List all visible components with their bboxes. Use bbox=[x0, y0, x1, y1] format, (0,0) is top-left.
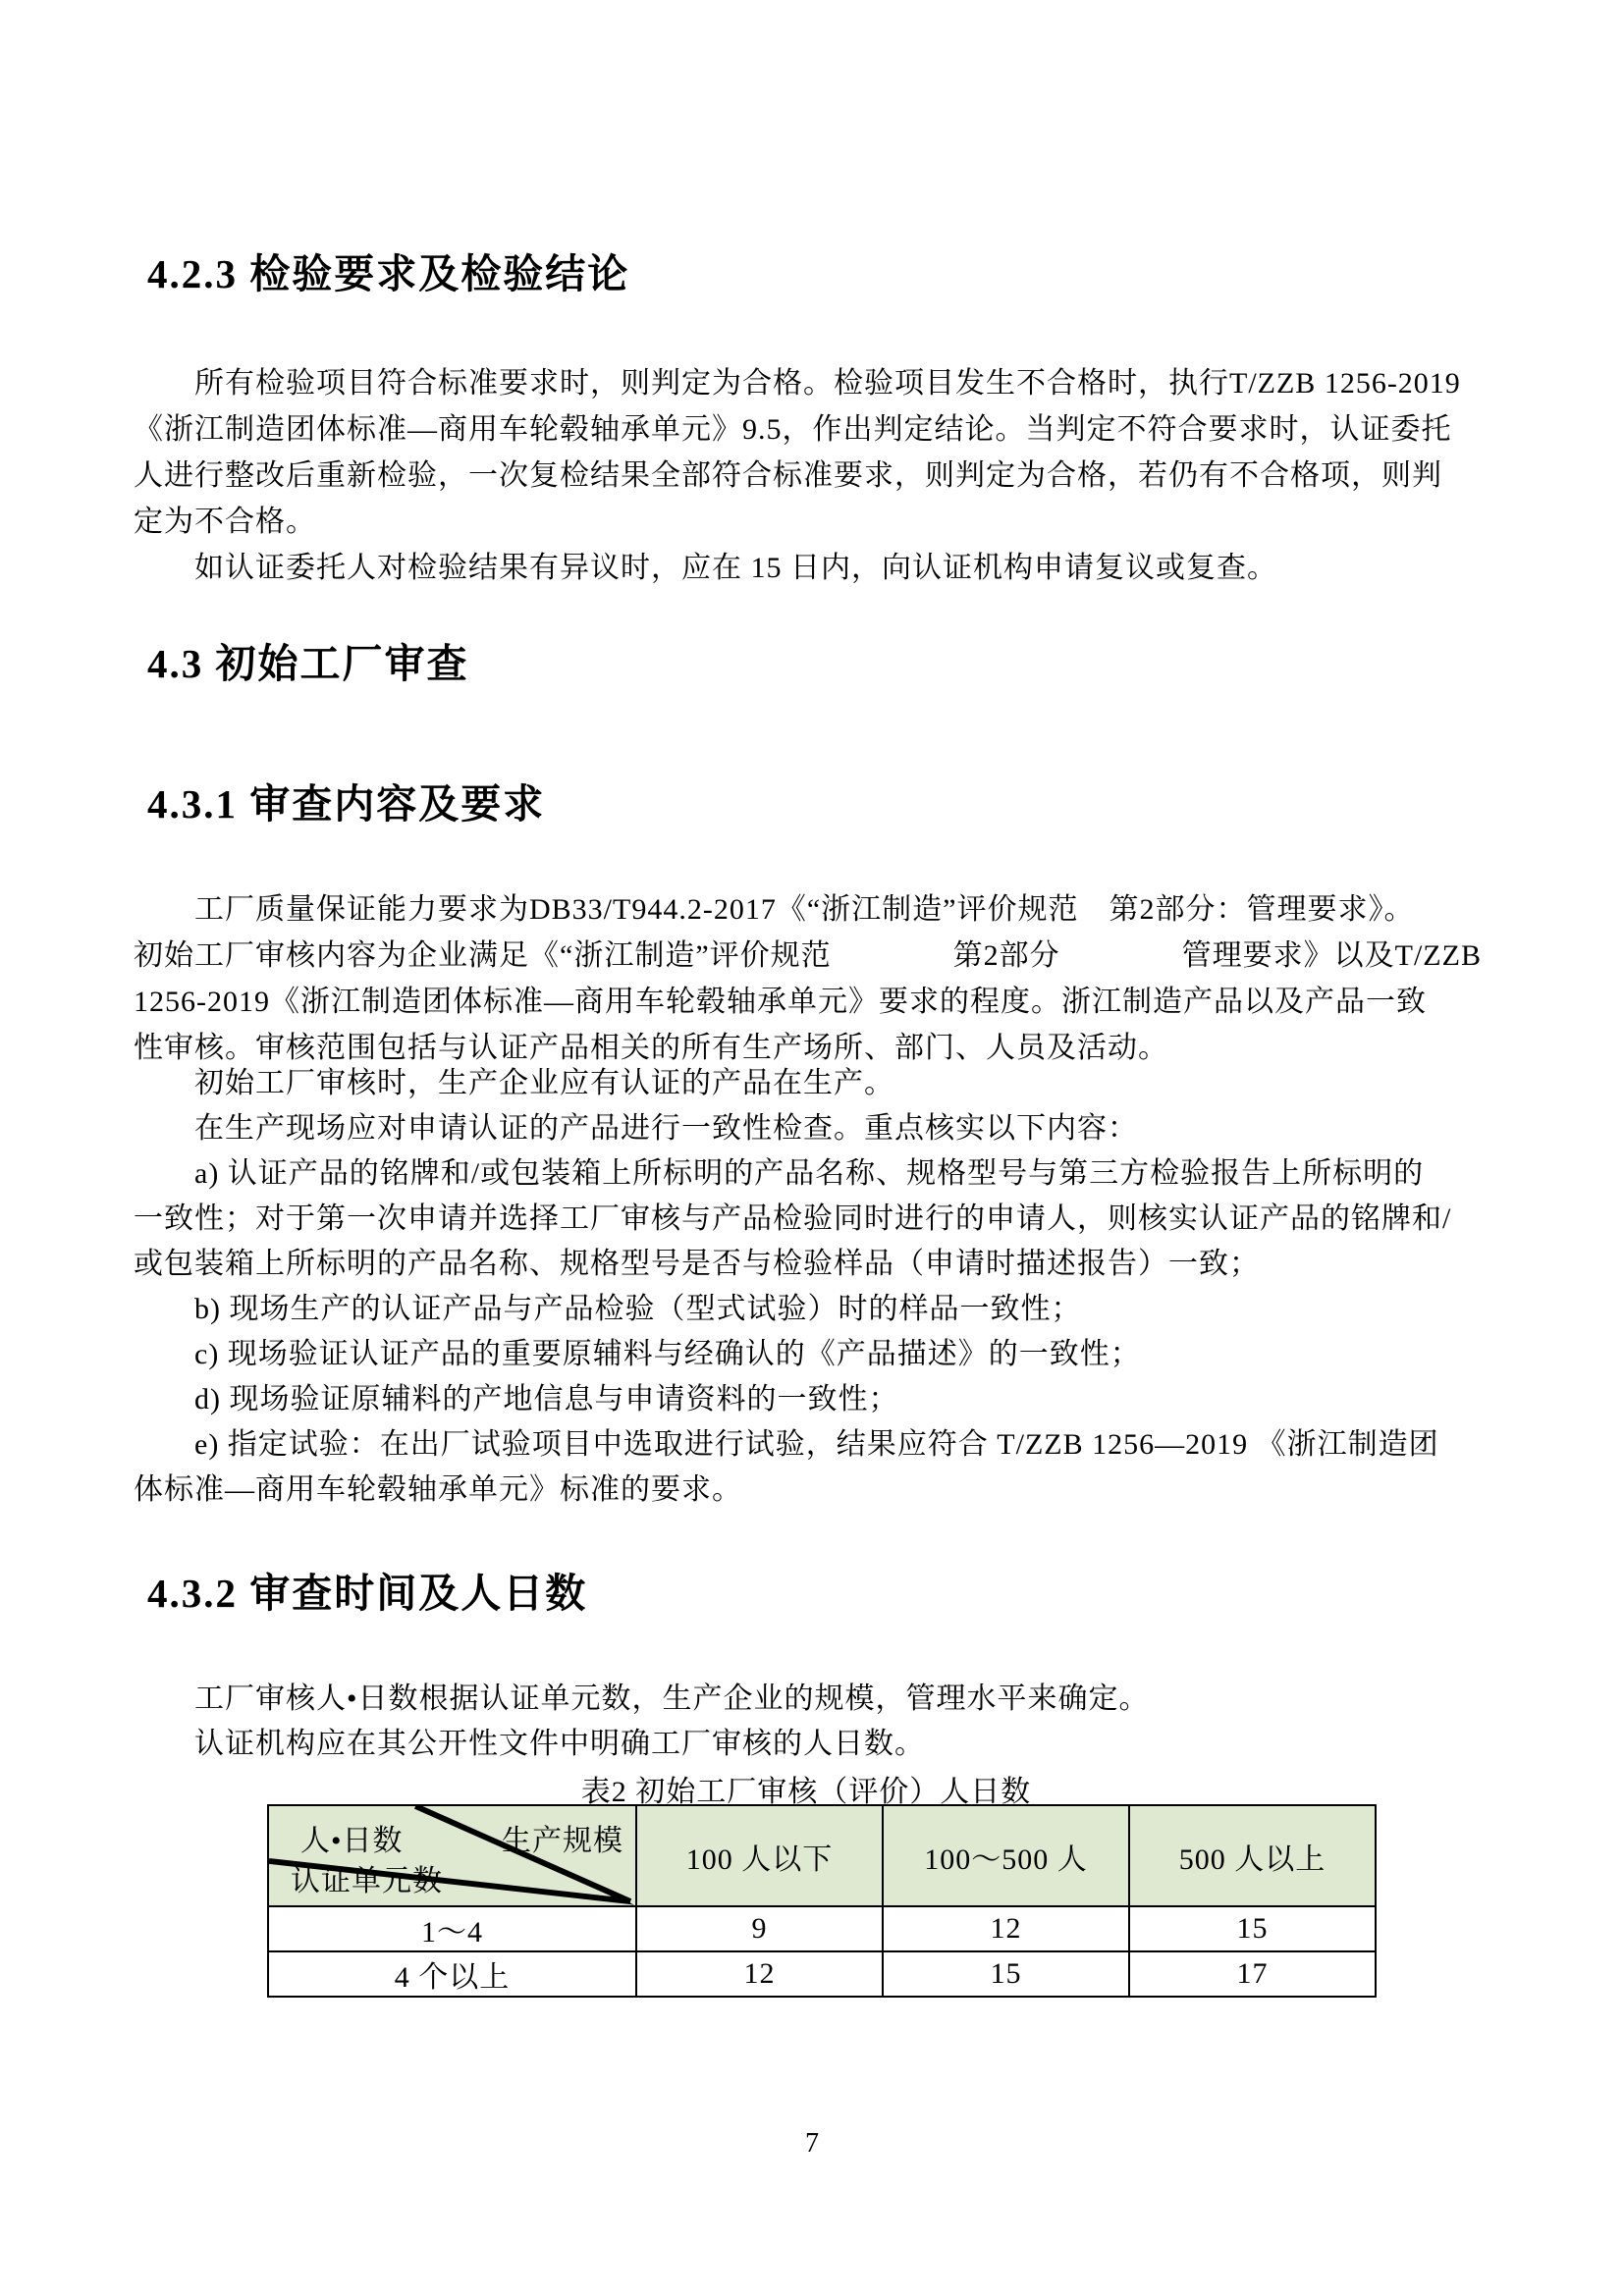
table-cell: 12 bbox=[883, 1906, 1129, 1951]
corner-label-production-scale: 生产规模 bbox=[502, 1816, 623, 1859]
table-cell: 12 bbox=[636, 1951, 883, 1997]
section-heading-4-3-2: 4.3.2 审查时间及人日数 bbox=[147, 1561, 587, 1619]
list-item-e-line: 体标准—商用车轮毂轴承单元》标准的要求。 bbox=[134, 1471, 1479, 1509]
paragraph-line: 1256-2019《浙江制造团体标准—商用车轮毂轴承单元》要求的程度。浙江制造产… bbox=[134, 984, 1479, 1021]
table-cell: 15 bbox=[1129, 1906, 1376, 1951]
list-item-a-line: a) 认证产品的铭牌和/或包装箱上所标明的产品名称、规格型号与第三方检验报告上所… bbox=[134, 1155, 1540, 1193]
list-item-b-line: b) 现场生产的认证产品与产品检验（型式试验）时的样品一致性； bbox=[134, 1291, 1540, 1328]
table-row: 4 个以上 12 15 17 bbox=[268, 1951, 1376, 1997]
list-item-a-line: 一致性；对于第一次申请并选择工厂审核与产品检验同时进行的申请人，则核实认证产品的… bbox=[134, 1201, 1479, 1238]
document-page: 4.2.3 检验要求及检验结论 所有检验项目符合标准要求时，则判定为合格。检验项… bbox=[0, 0, 1624, 2296]
paragraph-line: 认证机构应在其公开性文件中明确工厂审核的人日数。 bbox=[134, 1726, 1540, 1763]
table-cell: 17 bbox=[1129, 1951, 1376, 1997]
section-heading-4-3-1: 4.3.1 审查内容及要求 bbox=[147, 772, 545, 829]
paragraph-line: 工厂审核人•日数根据认证单元数，生产企业的规模，管理水平来确定。 bbox=[134, 1681, 1540, 1718]
table-cell: 9 bbox=[636, 1906, 883, 1951]
table-corner-cell: 人•日数 生产规模 认证单元数 bbox=[268, 1805, 636, 1906]
paragraph-line: 《浙江制造团体标准—商用车轮毂轴承单元》9.5，作出判定结论。当判定不符合要求时… bbox=[134, 411, 1479, 449]
corner-label-cert-units: 认证单元数 bbox=[291, 1856, 443, 1899]
table-column-header: 100～500 人 bbox=[883, 1805, 1129, 1906]
list-item-d-line: d) 现场验证原辅料的产地信息与申请资料的一致性； bbox=[134, 1381, 1540, 1418]
paragraph-line: 在生产现场应对申请认证的产品进行一致性检查。重点核实以下内容： bbox=[134, 1110, 1540, 1148]
paragraph-line: 性审核。审核范围包括与认证产品相关的所有生产场所、部门、人员及活动。 bbox=[134, 1030, 1479, 1067]
list-item-e-line: e) 指定试验：在出厂试验项目中选取进行试验，结果应符合 T/ZZB 1256—… bbox=[134, 1426, 1540, 1464]
corner-label-man-days: 人•日数 bbox=[300, 1816, 404, 1859]
paragraph-line: 工厂质量保证能力要求为DB33/T944.2-2017《“浙江制造”评价规范 第… bbox=[134, 891, 1540, 929]
row-label: 1～4 bbox=[268, 1906, 636, 1951]
table-column-header: 500 人以上 bbox=[1129, 1805, 1376, 1906]
section-heading-4-2-3: 4.2.3 检验要求及检验结论 bbox=[147, 241, 629, 299]
paragraph-line: 定为不合格。 bbox=[134, 504, 1479, 541]
page-number: 7 bbox=[0, 2128, 1624, 2160]
section-heading-4-3: 4.3 初始工厂审查 bbox=[147, 631, 469, 689]
table-column-header: 100 人以下 bbox=[636, 1805, 883, 1906]
list-item-a-line: 或包装箱上所标明的产品名称、规格型号是否与检验样品（申请时描述报告）一致； bbox=[134, 1246, 1479, 1283]
paragraph-line: 初始工厂审核内容为企业满足《“浙江制造”评价规范 第2部分 管理要求》以及T/Z… bbox=[134, 937, 1479, 975]
paragraph-line: 所有检验项目符合标准要求时，则判定为合格。检验项目发生不合格时，执行T/ZZB … bbox=[134, 365, 1540, 402]
paragraph-line: 初始工厂审核时，生产企业应有认证的产品在生产。 bbox=[134, 1065, 1540, 1102]
table-row: 1～4 9 12 15 bbox=[268, 1906, 1376, 1951]
paragraph-line: 如认证委托人对检验结果有异议时，应在 15 日内，向认证机构申请复议或复查。 bbox=[134, 550, 1540, 587]
paragraph-line: 人进行整改后重新检验，一次复检结果全部符合标准要求，则判定为合格，若仍有不合格项… bbox=[134, 457, 1479, 495]
row-label: 4 个以上 bbox=[268, 1951, 636, 1997]
list-item-c-line: c) 现场验证认证产品的重要原辅料与经确认的《产品描述》的一致性； bbox=[134, 1336, 1540, 1373]
audit-man-days-table: 人•日数 生产规模 认证单元数 100 人以下 100～500 人 500 人以… bbox=[267, 1804, 1377, 1998]
table-cell: 15 bbox=[883, 1951, 1129, 1997]
